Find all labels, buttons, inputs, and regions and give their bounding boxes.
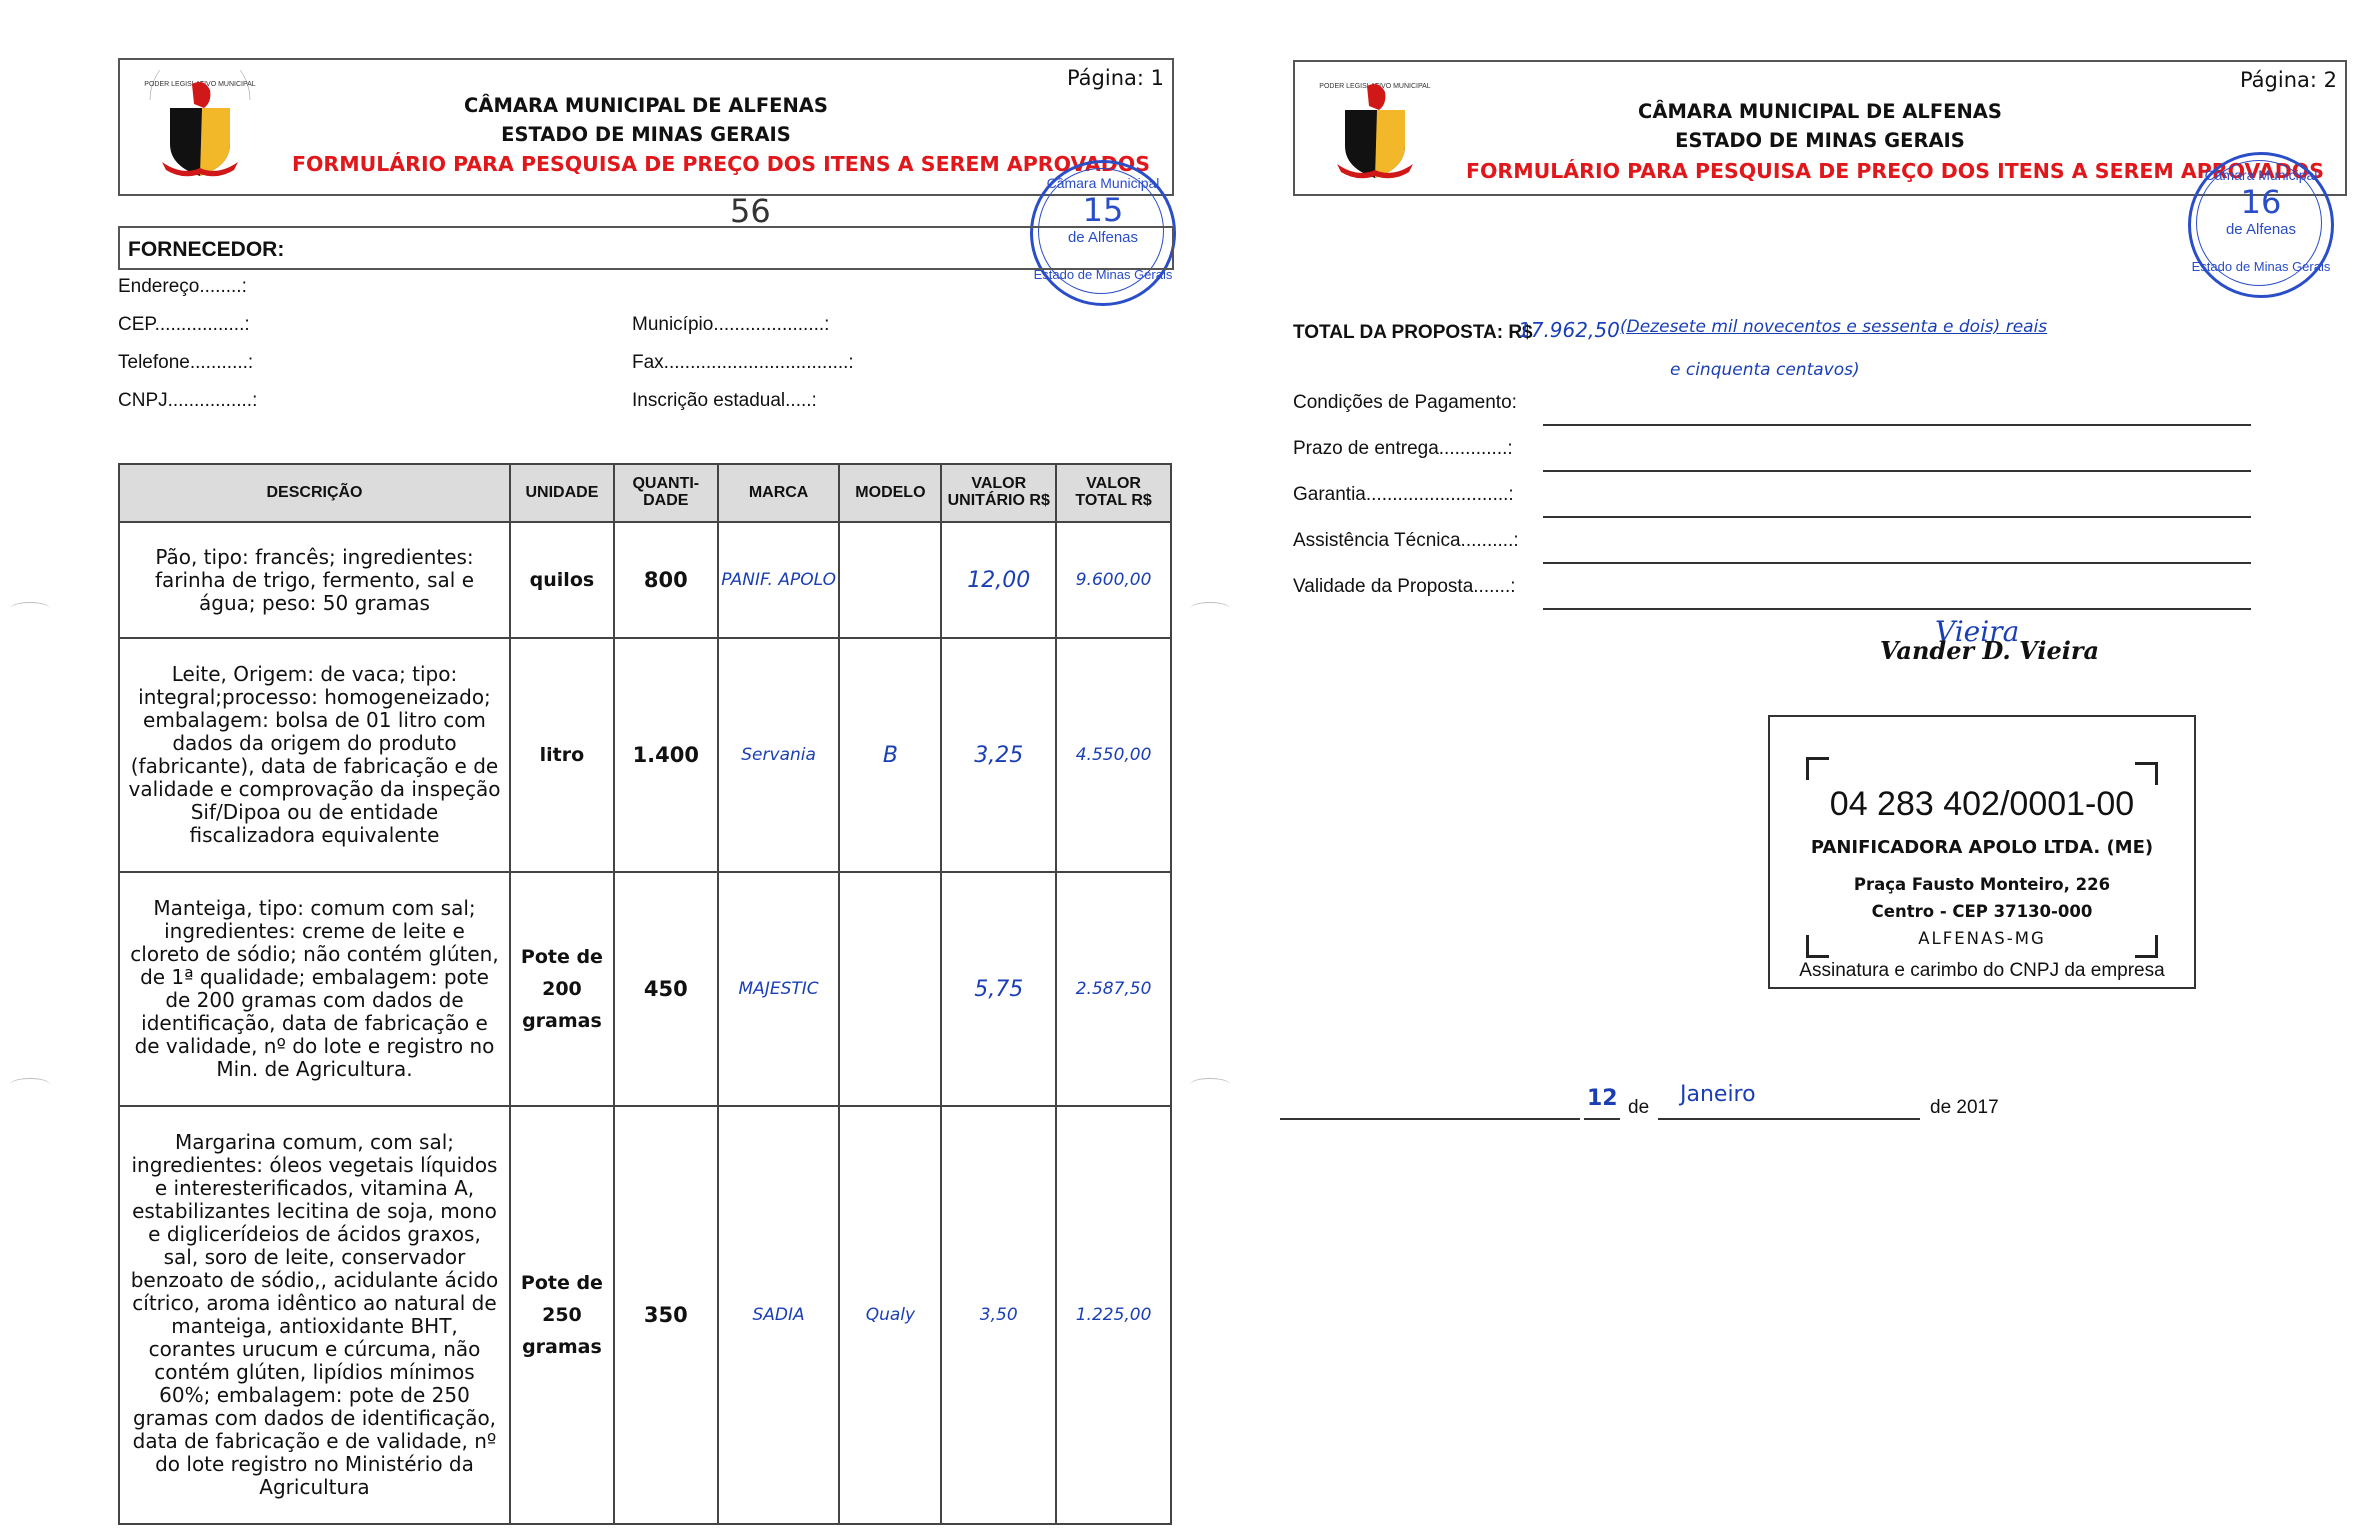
coat-of-arms-logo-icon: PODER LEGISLATIVO MUNICIPAL (1315, 72, 1435, 184)
municipality-field[interactable]: Município.....................: (632, 314, 829, 336)
payment-conditions-label: Condições de Pagamento: (1293, 392, 1517, 414)
date-day[interactable]: 12 (1587, 1086, 1618, 1111)
form-header: PODER LEGISLATIVO MUNICIPAL Página: 1 CÂ… (118, 58, 1174, 196)
proposal-validity-label: Validade da Proposta.......: (1293, 576, 1516, 598)
item-model[interactable]: Qualy (839, 1106, 941, 1524)
proposal-total-in-words-cont[interactable]: e cinquenta centavos) (1670, 360, 1860, 380)
table-row: Manteiga, tipo: comum com sal; ingredien… (119, 872, 1171, 1106)
date-month[interactable]: Janeiro (1680, 1082, 1756, 1107)
month-underline (1658, 1118, 1920, 1120)
supplier-section: FORNECEDOR: (118, 226, 1174, 270)
item-unit-price[interactable]: 12,00 (941, 522, 1056, 638)
warranty-label: Garantia...........................: (1293, 484, 1514, 506)
item-model[interactable] (839, 522, 941, 638)
col-descricao: DESCRIÇÃO (119, 464, 510, 522)
item-unit-price[interactable]: 3,25 (941, 638, 1056, 872)
item-unit: litro (510, 638, 614, 872)
signature-name: Vander D. Vieira (1880, 636, 2099, 665)
item-brand[interactable]: MAJESTIC (718, 872, 840, 1106)
item-brand[interactable]: Servania (718, 638, 840, 872)
item-description: Margarina comum, com sal; ingredientes: … (119, 1106, 510, 1524)
warranty-input[interactable] (1543, 516, 2251, 518)
delivery-time-input[interactable] (1543, 470, 2251, 472)
item-brand[interactable]: PANIF. APOLO (718, 522, 840, 638)
proposal-total-label: TOTAL DA PROPOSTA: R$ (1293, 322, 1533, 344)
phone-field[interactable]: Telefone...........: (118, 352, 253, 374)
item-total-price[interactable]: 9.600,00 (1056, 522, 1171, 638)
item-model[interactable]: B (839, 638, 941, 872)
item-description: Manteiga, tipo: comum com sal; ingredien… (119, 872, 510, 1106)
table-header-row: DESCRIÇÃO UNIDADE QUANTI-DADE MARCA MODE… (119, 464, 1171, 522)
item-unit-price[interactable]: 5,75 (941, 872, 1056, 1106)
cnpj-number: 04 283 402/0001-00 (1770, 785, 2194, 824)
header-line-2: ESTADO DE MINAS GERAIS (120, 123, 1172, 146)
fax-field[interactable]: Fax...................................: (632, 352, 854, 374)
item-unit: quilos (510, 522, 614, 638)
header-line-1: CÂMARA MUNICIPAL DE ALFENAS (120, 94, 1172, 117)
col-marca: MARCA (718, 464, 840, 522)
item-quantity: 1.400 (614, 638, 718, 872)
technical-assistance-input[interactable] (1543, 562, 2251, 564)
proposal-total-value[interactable]: 17.962,50 (1518, 318, 1620, 342)
item-unit-price[interactable]: 3,50 (941, 1106, 1056, 1524)
scan-fold-mark (10, 602, 50, 615)
cep-field[interactable]: CEP.................: (118, 314, 250, 336)
item-brand[interactable]: SADIA (718, 1106, 840, 1524)
item-description: Leite, Origem: de vaca; tipo: integral;p… (119, 638, 510, 872)
col-quantidade: QUANTI-DADE (614, 464, 718, 522)
state-registration-field[interactable]: Inscrição estadual.....: (632, 390, 817, 412)
item-total-price[interactable]: 1.225,00 (1056, 1106, 1171, 1524)
cnpj-field[interactable]: CNPJ................: (118, 390, 257, 412)
form-page-2: PODER LEGISLATIVO MUNICIPAL Página: 2 CÂ… (1200, 0, 2362, 1535)
col-valor-unitario: VALOR UNITÁRIO R$ (941, 464, 1056, 522)
header-line-2: ESTADO DE MINAS GERAIS (1295, 129, 2345, 152)
items-table: DESCRIÇÃO UNIDADE QUANTI-DADE MARCA MODE… (118, 463, 1172, 1525)
form-page-1: PODER LEGISLATIVO MUNICIPAL Página: 1 CÂ… (0, 0, 1200, 1535)
proposal-validity-input[interactable] (1543, 608, 2251, 610)
company-cnpj-stamp: 04 283 402/0001-00 PANIFICADORA APOLO LT… (1768, 715, 2196, 989)
item-total-price[interactable]: 4.550,00 (1056, 638, 1171, 872)
col-unidade: UNIDADE (510, 464, 614, 522)
delivery-time-label: Prazo de entrega.............: (1293, 438, 1513, 460)
supplier-label: FORNECEDOR: (128, 238, 284, 262)
day-underline (1584, 1118, 1620, 1120)
company-district: Centro - CEP 37130-000 (1770, 902, 2194, 921)
scan-fold-mark (10, 1078, 50, 1091)
address-field[interactable]: Endereço........: (118, 276, 247, 298)
company-name: PANIFICADORA APOLO LTDA. (ME) (1770, 837, 2194, 858)
item-unit: Pote de 200 gramas (510, 872, 614, 1106)
page-number: Página: 2 (2240, 68, 2337, 92)
item-model[interactable] (839, 872, 941, 1106)
proposal-total-in-words[interactable]: (Dezesete mil novecentos e sessenta e do… (1620, 317, 2047, 337)
signature-caption: Assinatura e carimbo do CNPJ da empresa (1770, 960, 2194, 982)
item-quantity: 350 (614, 1106, 718, 1524)
header-line-1: CÂMARA MUNICIPAL DE ALFENAS (1295, 100, 2345, 123)
council-stamp: Câmara Municipal 16 de Alfenas Estado de… (2188, 152, 2334, 298)
form-header: PODER LEGISLATIVO MUNICIPAL Página: 2 CÂ… (1293, 60, 2347, 196)
col-modelo: MODELO (839, 464, 941, 522)
date-de-label: de (1628, 1097, 1649, 1119)
col-valor-total: VALOR TOTAL R$ (1056, 464, 1171, 522)
city-input[interactable] (1280, 1118, 1580, 1120)
page-number: Página: 1 (1067, 66, 1164, 90)
table-row: Margarina comum, com sal; ingredientes: … (119, 1106, 1171, 1524)
item-description: Pão, tipo: francês; ingredientes: farinh… (119, 522, 510, 638)
form-title: FORMULÁRIO PARA PESQUISA DE PREÇO DOS IT… (270, 152, 1172, 176)
table-row: Pão, tipo: francês; ingredientes: farinh… (119, 522, 1171, 638)
handwritten-sheet-number: 56 (730, 192, 771, 230)
table-row: Leite, Origem: de vaca; tipo: integral;p… (119, 638, 1171, 872)
payment-conditions-input[interactable] (1543, 424, 2251, 426)
item-unit: Pote de 250 gramas (510, 1106, 614, 1524)
technical-assistance-label: Assistência Técnica..........: (1293, 530, 1519, 552)
item-total-price[interactable]: 2.587,50 (1056, 872, 1171, 1106)
company-address: Praça Fausto Monteiro, 226 (1770, 875, 2194, 894)
date-year: de 2017 (1930, 1097, 1999, 1119)
company-city: ALFENAS-MG (1770, 929, 2194, 948)
item-quantity: 450 (614, 872, 718, 1106)
item-quantity: 800 (614, 522, 718, 638)
